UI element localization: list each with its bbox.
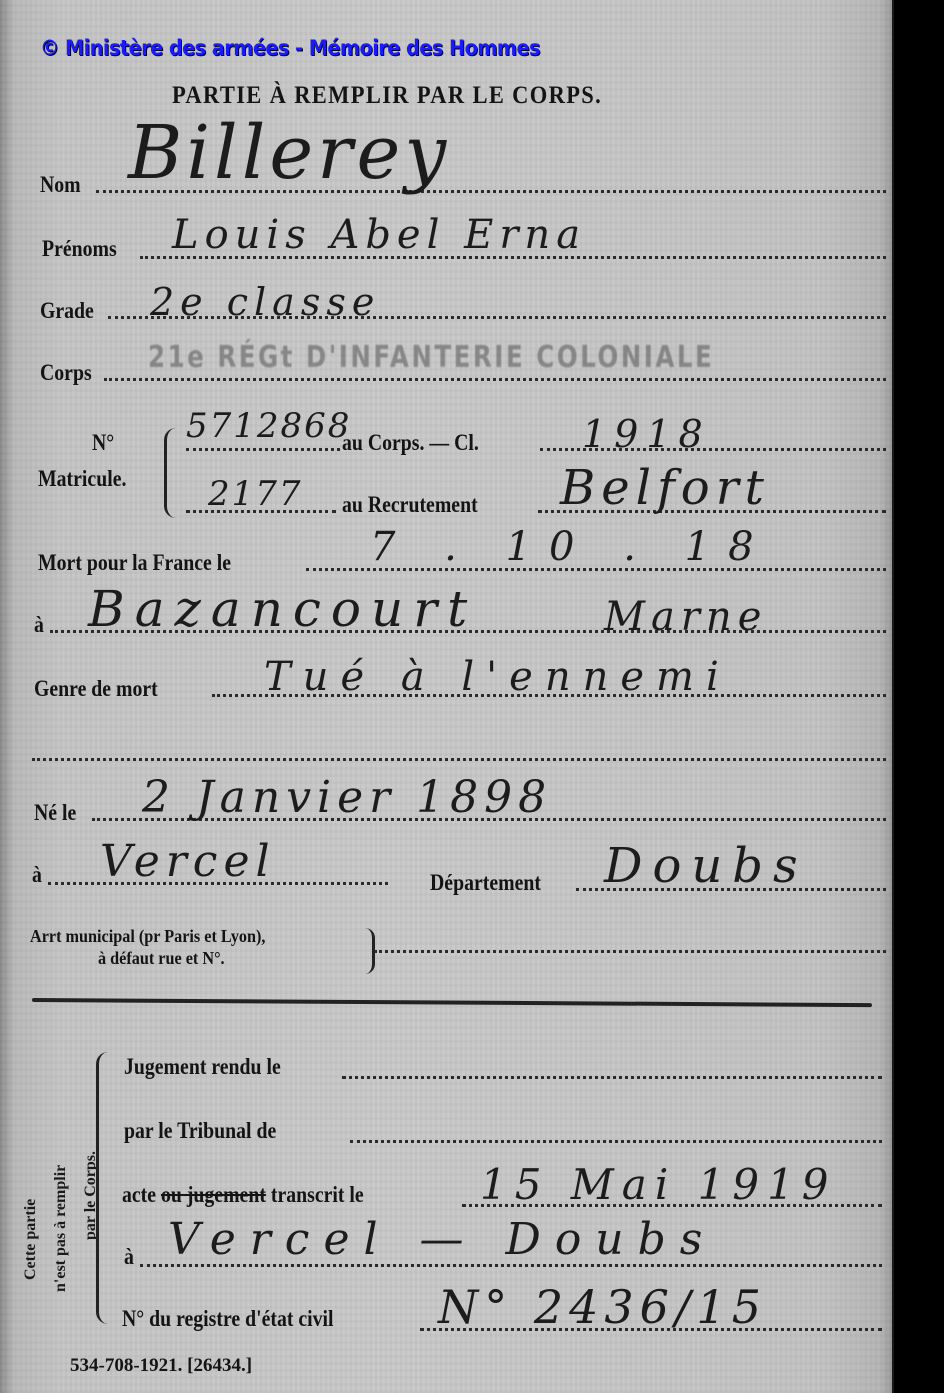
nom-label: Nom — [40, 172, 81, 198]
corps-stamp: 21e RÉGt D'INFANTERIE COLONIALE — [148, 340, 714, 375]
form-title: PARTIE À REMPLIR PAR LE CORPS. — [172, 82, 602, 110]
transcription-lieu-label: à — [124, 1244, 134, 1270]
arrondissement-label: Arrt municipal (pr Paris et Lyon), — [30, 926, 265, 947]
acte-label-a: acte — [122, 1182, 156, 1207]
tribunal-line — [350, 1140, 882, 1143]
mort-lieu-value: Bazancourt — [88, 580, 477, 638]
recrutement-number-value: 2177 — [208, 474, 303, 514]
departement-label: Département — [430, 870, 541, 896]
registre-value: N° 2436/15 — [438, 1280, 767, 1334]
section-divider — [32, 998, 872, 1007]
arrondissement-label-2: à défaut rue et N°. — [98, 948, 225, 969]
recrutement-label: au Recrutement — [342, 492, 478, 518]
departement-value: Doubs — [604, 838, 808, 894]
prenoms-value: Louis Abel Erna — [172, 212, 586, 258]
acte-label-b: transcrit le — [271, 1182, 364, 1207]
copyright-watermark: © Ministère des armées - Mémoire des Hom… — [40, 36, 540, 60]
grade-label: Grade — [40, 298, 94, 324]
ne-lieu-value: Vercel — [100, 836, 276, 887]
ne-le-label: Né le — [34, 800, 76, 826]
death-record-card: © Ministère des armées - Mémoire des Hom… — [0, 0, 894, 1393]
tribunal-label: par le Tribunal de — [124, 1118, 276, 1144]
matricule-brace — [164, 428, 177, 518]
side-note-line2: n'est pas à remplir — [52, 1165, 70, 1292]
arrondissement-line — [374, 950, 886, 953]
mort-departement-value: Marne — [604, 594, 767, 640]
side-note-brace — [96, 1052, 111, 1324]
genre-mort-value: Tué à l'ennemi — [264, 654, 731, 700]
corps-number-value: 5712868 — [186, 406, 351, 446]
prenoms-label: Prénoms — [42, 236, 117, 262]
side-note-line1: Cette partie — [22, 1199, 40, 1280]
registre-label: N° du registre d'état civil — [122, 1306, 334, 1332]
ne-lieu-label: à — [32, 862, 42, 888]
nom-value: Billerey — [128, 110, 450, 196]
mort-date-label: Mort pour la France le — [38, 550, 231, 576]
transcription-lieu-value: Vercel — Doubs — [168, 1214, 716, 1265]
print-reference: 534-708-1921. [26434.] — [70, 1355, 252, 1377]
matricule-label-no: N° — [92, 430, 114, 456]
classe-value: 1918 — [582, 412, 711, 456]
acte-label: acte ou jugement transcrit le — [122, 1182, 364, 1208]
genre-mort-label: Genre de mort — [34, 676, 158, 702]
mort-lieu-label: à — [34, 612, 44, 638]
acte-value: 15 Mai 1919 — [480, 1160, 837, 1209]
matricule-label: Matricule. — [38, 466, 126, 492]
grade-value: 2e classe — [150, 280, 380, 324]
recrutement-place-value: Belfort — [560, 460, 770, 516]
corps-line — [104, 378, 886, 381]
corps-label: Corps — [40, 360, 92, 386]
mort-date-value: 7 . 10 . 18 — [370, 524, 772, 570]
au-corps-label: au Corps. — Cl. — [342, 430, 479, 456]
extra-line — [32, 758, 886, 761]
corps-number-line — [186, 448, 340, 451]
jugement-line — [342, 1076, 882, 1079]
jugement-label: Jugement rendu le — [124, 1054, 281, 1080]
acte-label-struck: ou jugement — [161, 1182, 266, 1207]
ne-le-value: 2 Janvier 1898 — [142, 772, 552, 823]
